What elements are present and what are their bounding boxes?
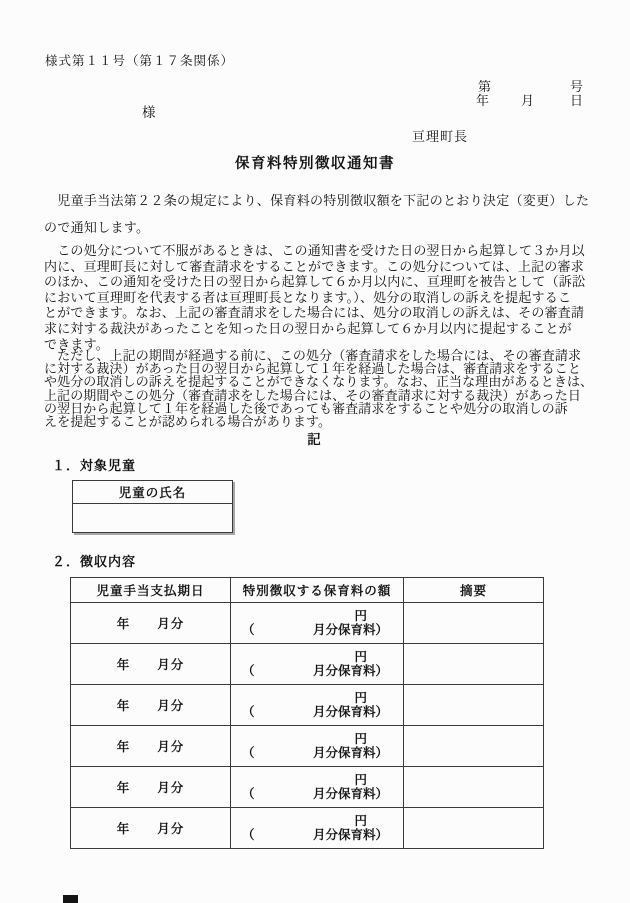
target-child-table: 児童の氏名 — [72, 480, 233, 533]
amount-unit: 円 — [231, 609, 403, 623]
recipient-honorific: 様 — [142, 101, 156, 121]
table-row: 年 月分 円 （ 月分保育料） — [71, 808, 544, 849]
cell-note — [404, 726, 544, 767]
paren-open: （ — [242, 746, 255, 760]
table-row: 年 月分 円 （ 月分保育料） — [71, 685, 544, 726]
paren-label: 月分保育料） — [313, 664, 388, 678]
cell-payment-period: 年 月分 — [71, 767, 231, 808]
table-row: 年 月分 円 （ 月分保育料） — [71, 726, 544, 767]
amount-unit: 円 — [231, 773, 403, 787]
cell-payment-period: 年 月分 — [71, 808, 231, 849]
cell-payment-period: 年 月分 — [71, 685, 231, 726]
appeal-rights-paragraph: この処分について不服があるときは、この通知書を受けた日の翌日から起算して３か月以… — [44, 243, 604, 352]
section1-label: １．対象児童 — [52, 455, 136, 474]
amount-paren-line: （ 月分保育料） — [231, 828, 403, 842]
paren-open: （ — [242, 828, 255, 842]
amount-unit: 円 — [231, 732, 403, 746]
collection-table-header-row: 児童手当支払期日 特別徴収する保育料の額 摘要 — [71, 578, 544, 603]
amount-paren-line: （ 月分保育料） — [231, 664, 403, 678]
sender-name: 亘理町長 — [412, 126, 468, 145]
column-header-amount: 特別徴収する保育料の額 — [231, 578, 404, 603]
amount-paren-line: （ 月分保育料） — [231, 623, 403, 637]
cell-amount: 円 （ 月分保育料） — [231, 767, 404, 808]
page-title: 保育料特別徴収通知書 — [0, 152, 630, 173]
form-number: 様式第１１号（第１７条関係） — [45, 51, 234, 69]
child-name-cell — [73, 504, 233, 533]
cell-amount: 円 （ 月分保育料） — [231, 726, 404, 767]
amount-paren-line: （ 月分保育料） — [231, 787, 403, 801]
child-name-header: 児童の氏名 — [73, 481, 233, 504]
paren-open: （ — [242, 705, 255, 719]
date-year-label: 年 — [476, 90, 489, 109]
paren-label: 月分保育料） — [313, 705, 388, 719]
cell-note — [404, 603, 544, 644]
amount-unit: 円 — [231, 650, 403, 664]
notice-paragraph: 児童手当法第２２条の規定により、保育料の特別徴収額を下記のとおり決定（変更）した… — [44, 187, 604, 241]
amount-unit: 円 — [231, 691, 403, 705]
paren-open: （ — [242, 664, 255, 678]
paren-label: 月分保育料） — [313, 787, 388, 801]
paren-open: （ — [242, 623, 255, 637]
cell-amount: 円 （ 月分保育料） — [231, 644, 404, 685]
table-row: 年 月分 円 （ 月分保育料） — [71, 603, 544, 644]
cell-note — [404, 808, 544, 849]
cell-note — [404, 685, 544, 726]
cell-payment-period: 年 月分 — [71, 726, 231, 767]
cell-amount: 円 （ 月分保育料） — [231, 808, 404, 849]
collection-table: 児童手当支払期日 特別徴収する保育料の額 摘要 年 月分 円 （ 月分保育料） … — [70, 577, 544, 849]
cell-amount: 円 （ 月分保育料） — [231, 685, 404, 726]
cell-note — [404, 767, 544, 808]
table-row: 年 月分 円 （ 月分保育料） — [71, 644, 544, 685]
column-header-note: 摘要 — [404, 578, 544, 603]
paren-label: 月分保育料） — [313, 623, 388, 637]
cell-payment-period: 年 月分 — [71, 603, 231, 644]
date-day-label: 日 — [570, 90, 583, 109]
table-row: 年 月分 円 （ 月分保育料） — [71, 767, 544, 808]
date-month-label: 月 — [521, 90, 534, 109]
ki-divider-label: 記 — [0, 428, 630, 448]
cell-payment-period: 年 月分 — [71, 644, 231, 685]
amount-paren-line: （ 月分保育料） — [231, 705, 403, 719]
section2-label: ２．徴収内容 — [52, 551, 136, 570]
scan-artifact-mark — [63, 895, 78, 903]
amount-paren-line: （ 月分保育料） — [231, 746, 403, 760]
column-header-payment-date: 児童手当支払期日 — [71, 578, 231, 603]
cell-note — [404, 644, 544, 685]
appeal-deadline-paragraph: ただし、上記の期間が経過する前に、この処分（審査請求をした場合には、その審査請求… — [44, 349, 608, 428]
document-page: 様式第１１号（第１７条関係） 第 号 年 月 日 様 亘理町長 保育料特別徴収通… — [0, 0, 630, 903]
amount-unit: 円 — [231, 814, 403, 828]
cell-amount: 円 （ 月分保育料） — [231, 603, 404, 644]
paren-label: 月分保育料） — [313, 828, 388, 842]
paren-open: （ — [242, 787, 255, 801]
paren-label: 月分保育料） — [313, 746, 388, 760]
